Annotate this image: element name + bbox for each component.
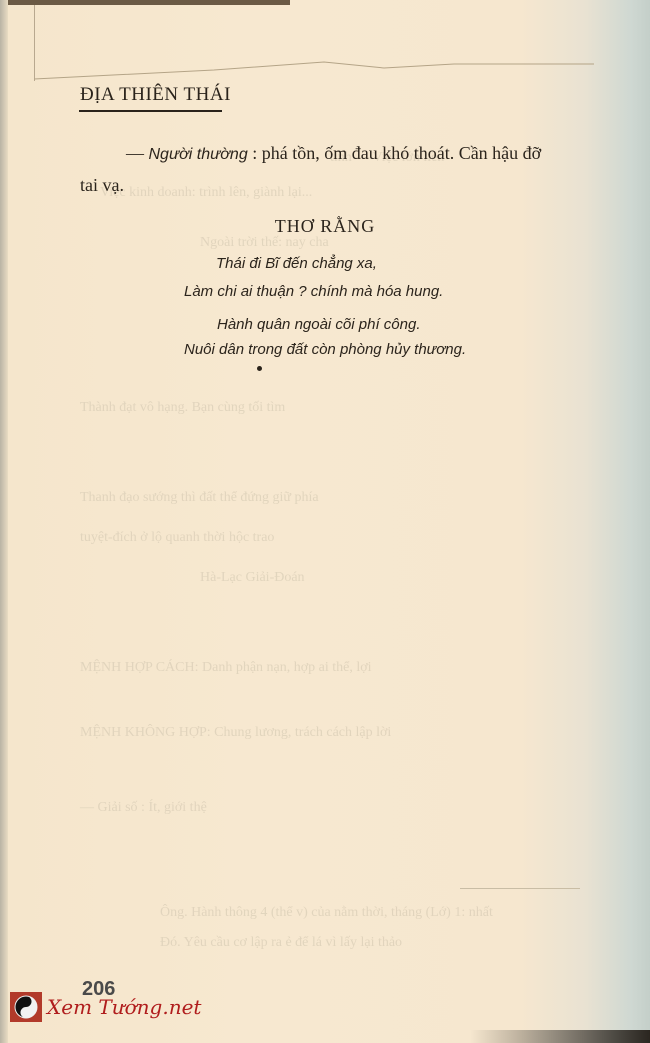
header-underline (79, 110, 222, 112)
yin-yang-icon (10, 992, 42, 1022)
paragraph-text: : phá tồn, ốm đau khó thoát. Cần hậu đỡ (248, 143, 541, 163)
poem-line: Làm chi ai thuận ? chính mà hóa hung. (184, 283, 443, 300)
running-header: ĐỊA THIÊN THÁI (80, 84, 231, 106)
page-bottom-edge (470, 1030, 650, 1043)
watermark: Xem Tướng.net (10, 992, 201, 1022)
bleed-through-text: Thanh đạo sướng thì đất thể đứng giữ phí… (80, 490, 319, 506)
bleed-through-text: Hà-Lạc Giải-Đoán (200, 570, 305, 586)
poem-line: Nuôi dân trong đất còn phòng hủy thương. (184, 341, 466, 358)
bleed-through-text: Ngoài trời thế: nay cha (200, 235, 329, 251)
ink-dot (257, 366, 262, 371)
poem-line: Hành quân ngoài cõi phí công. (217, 316, 421, 333)
body-paragraph: — Người thường : phá tồn, ốm đau khó tho… (80, 138, 585, 201)
paragraph-label: Người thường (149, 146, 248, 163)
bleed-through-text: Ông. Hành thông 4 (thể v) của nằm thời, … (160, 905, 493, 921)
binding-edge (0, 0, 8, 1043)
bleed-through-text: MỆNH KHÔNG HỢP: Chung lương, trách cách … (80, 725, 391, 741)
em-dash: — (126, 143, 144, 163)
bleed-through-text: — Giải số : Ít, giới thệ (80, 800, 207, 816)
paragraph-continuation: tai vạ. (80, 170, 585, 201)
bleed-through-text: Thành đạt vô hạng. Bạn cùng tối tìm (80, 400, 285, 416)
bleed-through-rule (460, 888, 580, 889)
watermark-text: Xem Tướng.net (47, 995, 201, 1019)
paper-crease (34, 60, 594, 80)
page-top-edge (0, 0, 290, 5)
poem-line: Thái đi Bĩ đến chẳng xa, (216, 255, 377, 272)
poem-title: THƠ RẰNG (0, 216, 650, 237)
bleed-through-text: tuyệt-đích ở lộ quanh thời hộc trao (80, 530, 274, 546)
bleed-through-text: Đó. Yêu cầu cơ lập ra ẻ để lá vì lấy lại… (160, 935, 402, 951)
bleed-through-text: MỆNH HỢP CÁCH: Danh phận nạn, hợp ai thể… (80, 660, 372, 676)
